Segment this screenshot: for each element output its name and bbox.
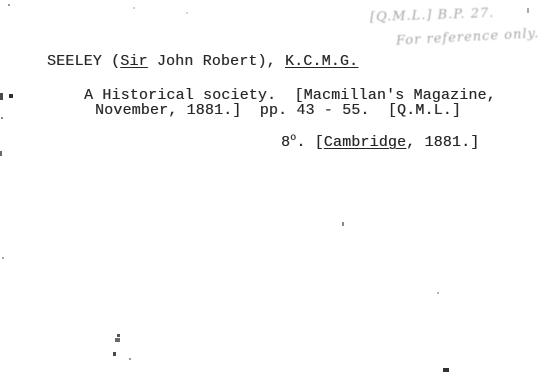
scan-speck [0, 151, 2, 156]
scan-speck [2, 257, 4, 259]
scan-speck [9, 94, 13, 98]
handwritten-shelfmark: [Q.M.L.] B.P. 27. [370, 6, 495, 25]
scan-speck [115, 338, 120, 342]
scan-speck [437, 292, 439, 294]
scan-speck [186, 12, 188, 14]
scan-speck [133, 7, 135, 9]
heading-forenames: John Robert), [148, 53, 285, 70]
scan-speck [117, 334, 120, 337]
heading-surname: SEELEY ( [47, 53, 120, 70]
heading-title-sir: Sir [120, 53, 147, 70]
imprint-place: Cambridge [324, 134, 406, 151]
format-superscript-o: o [290, 133, 296, 144]
scan-speck [8, 4, 10, 6]
heading-line: SEELEY (Sir John Robert), K.C.M.G. [47, 53, 358, 71]
catalog-card: [Q.M.L.] B.P. 27. For reference only. SE… [0, 0, 550, 374]
scan-speck [342, 222, 344, 226]
heading-honours: K.C.M.G. [285, 53, 358, 70]
format-digit: 8 [281, 134, 290, 151]
imprint-line: 8o. [Cambridge, 1881.] [281, 134, 479, 154]
handwritten-reference-note: For reference only. [396, 26, 540, 48]
citation-line-2: November, 1881.] pp. 43 - 55. [Q.M.L.] [95, 102, 461, 120]
scan-speck [113, 352, 116, 356]
scan-speck [443, 368, 449, 372]
scan-speck [1, 117, 3, 119]
imprint-bracket: . [ [296, 134, 323, 151]
scan-speck [129, 358, 131, 360]
imprint-year: , 1881.] [406, 134, 479, 151]
scan-speck [527, 8, 529, 13]
scan-speck [0, 93, 3, 100]
